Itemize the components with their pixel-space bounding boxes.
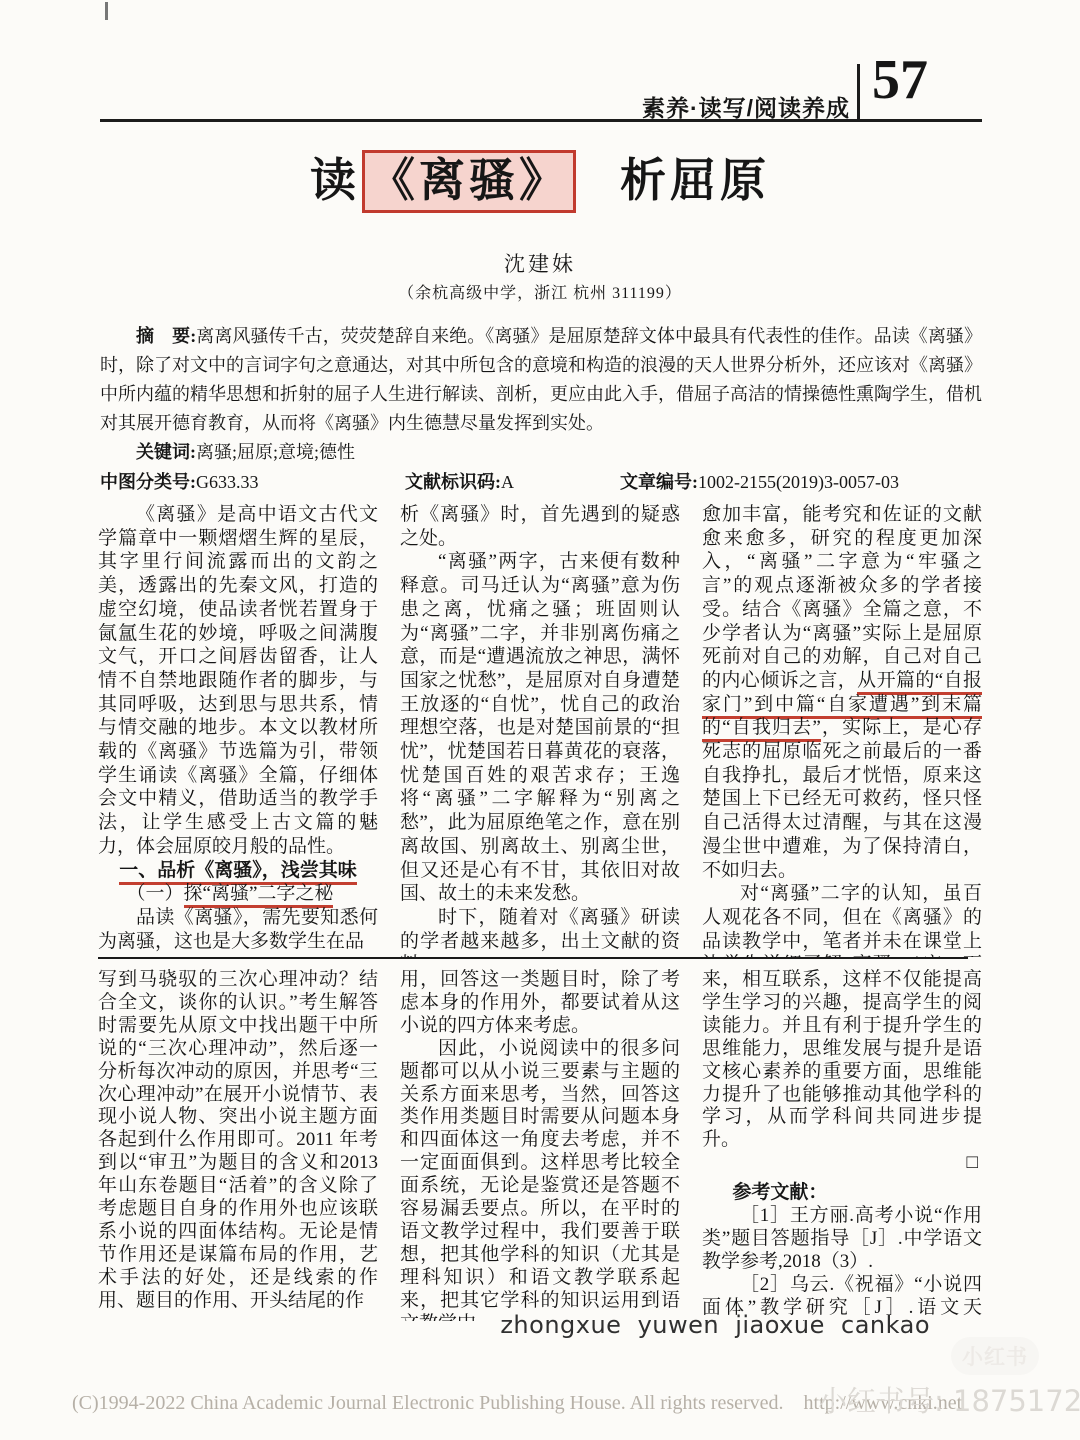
text-run: 品读《离骚》，需先要知悉何为离骚，这也是大多数学生在品: [98, 907, 378, 952]
abstract-label: 摘 要:: [136, 326, 196, 346]
title-prefix: 读: [310, 155, 360, 206]
paragraph: ［1］王方丽.高考小说“作用类”题目答题指导［J］.中学语文教学参考,2018（…: [702, 1205, 982, 1274]
header-divider-bar: [857, 64, 860, 120]
text-run: 参考文献：: [732, 1182, 827, 1203]
text-run: 愈加丰富，能考究和佐证的文献愈来愈多，研究的程度更加深入，“离骚”二字意为“牢骚…: [702, 504, 982, 691]
article-id: 文章编号:1002-2155(2019)3-0057-03: [620, 468, 899, 494]
section-heading: 一、品析《离骚》，浅尝其味: [98, 859, 378, 883]
title-boxed-text: 《离骚》: [369, 155, 569, 206]
journal-page: 素养·读写/阅读养成 57 读《离骚》析屈原 沈建妹 （余杭高级中学，浙江 杭州…: [0, 0, 1080, 1440]
section-divider-rule: [98, 957, 968, 959]
top-columns-col-3: 愈加丰富，能考究和佐证的文献愈来愈多，研究的程度更加深入，“离骚”二字意为“牢骚…: [702, 503, 982, 957]
top-columns-col-1: 《离骚》是高中语文古代文学篇章中一颗熠熠生辉的星辰，其字里行间流露而出的文韵之美…: [98, 503, 378, 957]
section-heading: （一）探“离骚”二字之秘: [98, 882, 378, 906]
top-columns-section: 《离骚》是高中语文古代文学篇章中一颗熠熠生辉的星辰，其字里行间流露而出的文韵之美…: [98, 503, 982, 957]
keywords-text: 离骚;屈原;意境;德性: [196, 442, 355, 462]
keywords-label: 关键词:: [136, 442, 196, 462]
journal-pinyin-footer: zhongxue yuwen jiaoxue cankao: [500, 1311, 930, 1339]
title-rest: 析屈原: [620, 155, 770, 206]
page-number: 57: [872, 52, 928, 108]
text-run: 《离骚》是高中语文古代文学篇章中一颗熠熠生辉的星辰，其字里行间流露而出的文韵之美…: [98, 504, 378, 857]
references-heading: 参考文献：: [702, 1182, 982, 1205]
top-columns-col-2: 析《离骚》时，首先遇到的疑惑之处。“离骚”两字，古来便有数种释意。司马迁认为“离…: [400, 503, 680, 957]
title-highlight-box: 《离骚》: [362, 150, 576, 213]
document-code-label: 文献标识码:: [405, 472, 501, 492]
abstract-paragraph: 摘 要:离离风骚传千古，荧荧楚辞自来绝。《离骚》是屈原楚辞文体中最具有代表性的佳…: [100, 322, 982, 438]
text-run: 来，相互联系，这样不仅能提高学生学习的兴趣，提高学生的阅读能力。并且有利于提升学…: [702, 969, 982, 1150]
header-rule: [100, 119, 982, 122]
bottom-columns-col-2: 用，回答这一类题目时，除了考虑本身的作用外，都要试着从这小说的四方体来考虑。因此…: [400, 969, 680, 1321]
text-run: ［1］王方丽.高考小说“作用类”题目答题指导［J］.中学语文教学参考,2018（…: [702, 1205, 982, 1272]
paragraph: 时下，随着对《离骚》研读的学者越来越多，出土文献的资料: [400, 906, 680, 957]
article-id-label: 文章编号:: [620, 472, 698, 492]
article-id-value: 1002-2155(2019)3-0057-03: [698, 472, 899, 492]
text-run: “离骚”两字，古来便有数种释意。司马迁认为“离骚”意为伤患之离，忧痛之骚；班固则…: [400, 551, 680, 904]
text-run: 用，回答这一类题目时，除了考虑本身的作用外，都要试着从这小说的四方体来考虑。: [400, 969, 680, 1036]
bottom-columns-col-1: 写到马骁驭的三次心理冲动？结合全文，谈你的认识。”考生解答时需要先从原文中找出题…: [98, 969, 378, 1321]
paragraph: 对“离骚”二字的认知，虽百人观花各不同，但在《离骚》的品读教学中，笔者并未在课堂…: [702, 882, 982, 957]
bottom-columns-col-3: 来，相互联系，这样不仅能提高学生学习的兴趣，提高学生的阅读能力。并且有利于提升学…: [702, 969, 982, 1321]
clc-label: 中图分类号:: [100, 472, 196, 492]
paragraph: 《离骚》是高中语文古代文学篇章中一颗熠熠生辉的星辰，其字里行间流露而出的文韵之美…: [98, 503, 378, 859]
paragraph: 品读《离骚》，需先要知悉何为离骚，这也是大多数学生在品: [98, 906, 378, 953]
text-run: 对“离骚”二字的认知，虽百人观花各不同，但在《离骚》的品读教学中，笔者并未在课堂…: [702, 883, 982, 957]
document-code-value: A: [501, 472, 514, 492]
text-run: （一）: [127, 883, 184, 904]
author-name: 沈建妹: [0, 248, 1080, 278]
text-run: 析《离骚》时，首先遇到的疑惑之处。: [400, 504, 680, 549]
paragraph: 因此，小说阅读中的很多问题都可以从小说三要素与主题的关系方面来思考，当然，回答这…: [400, 1038, 680, 1321]
bottom-columns-section: 写到马骁驭的三次心理冲动？结合全文，谈你的认识。”考生解答时需要先从原文中找出题…: [98, 969, 982, 1321]
abstract-block: 摘 要:离离风骚传千古，荧荧楚辞自来绝。《离骚》是屈原楚辞文体中最具有代表性的佳…: [100, 322, 982, 467]
paragraph: “离骚”两字，古来便有数种释意。司马迁认为“离骚”意为伤患之离，忧痛之骚；班固则…: [400, 550, 680, 906]
article-end-mark: □: [702, 1152, 982, 1175]
document-code: 文献标识码:A: [405, 468, 514, 494]
scan-artifact-tick: [105, 2, 108, 20]
text-run: 因此，小说阅读中的很多问题都可以从小说三要素与主题的关系方面来思考，当然，回答这…: [400, 1038, 680, 1321]
abstract-text: 离离风骚传千古，荧荧楚辞自来绝。《离骚》是屈原楚辞文体中最具有代表性的佳作。品读…: [100, 326, 982, 433]
xiaohongshu-id-watermark: 小红书号: 1875172314: [818, 1379, 1080, 1420]
author-affiliation: （余杭高级中学，浙江 杭州 311199）: [0, 280, 1080, 303]
paragraph: 来，相互联系，这样不仅能提高学生学习的兴趣，提高学生的阅读能力。并且有利于提升学…: [702, 969, 982, 1175]
paragraph: 析《离骚》时，首先遇到的疑惑之处。: [400, 503, 680, 550]
red-underlined-text: 探“离骚”二字之秘: [184, 883, 334, 908]
text-run: ，实际上，是心存死志的屈原临死之前最后的一番自我挣扎，最后才恍悟，原来这楚国上下…: [702, 717, 982, 880]
text-run: 时下，随着对《离骚》研读的学者越来越多，出土文献的资料: [400, 907, 680, 957]
red-underlined-text: 一、品析《离骚》，浅尝其味: [119, 860, 357, 885]
xiaohongshu-badge-watermark: 小红书: [951, 1337, 1039, 1375]
text-run: 写到马骁驭的三次心理冲动？结合全文，谈你的认识。”考生解答时需要先从原文中找出题…: [98, 969, 378, 1311]
clc-value: G633.33: [196, 472, 259, 492]
keywords-paragraph: 关键词:离骚;屈原;意境;德性: [100, 438, 982, 467]
paragraph: 愈加丰富，能考究和佐证的文献愈来愈多，研究的程度更加深入，“离骚”二字意为“牢骚…: [702, 503, 982, 882]
article-title: 读《离骚》析屈原: [0, 150, 1080, 213]
paragraph: 用，回答这一类题目时，除了考虑本身的作用外，都要试着从这小说的四方体来考虑。: [400, 969, 680, 1038]
paragraph: 写到马骁驭的三次心理冲动？结合全文，谈你的认识。”考生解答时需要先从原文中找出题…: [98, 969, 378, 1313]
clc-number: 中图分类号:G633.33: [100, 468, 259, 494]
